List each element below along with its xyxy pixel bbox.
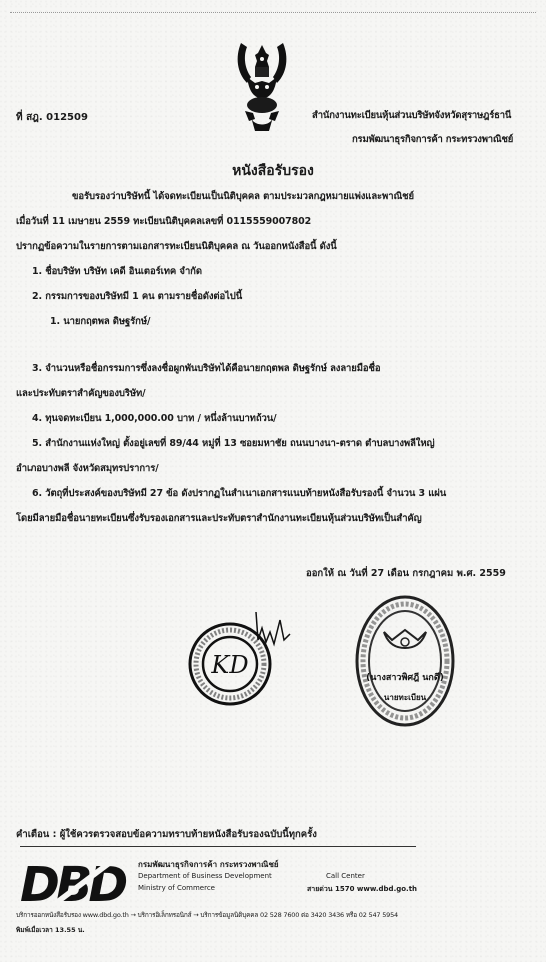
- document-title: หนังสือรับรอง: [0, 160, 546, 182]
- item-company-name: 1. ชื่อบริษัท บริษัท เคดี อินเตอร์เทค จำ…: [32, 264, 202, 279]
- warning-note: คำเตือน : ผู้ใช้ควรตรวจสอบข้อความทราบท้า…: [16, 827, 317, 842]
- certificate-page: ที่ สฎ. 012509 สำนักงานทะเบียนหุ้นส่วนบร…: [0, 0, 546, 962]
- dept-name-thai: กรมพัฒนาธุรกิจการค้า กระทรวงพาณิชย์: [138, 858, 279, 871]
- issuing-ministry: กรมพัฒนาธุรกิจการค้า กระทรวงพาณิชย์: [352, 132, 513, 147]
- intro-line: ขอรับรองว่าบริษัทนี้ ได้จดทะเบียนเป็นนิต…: [72, 189, 414, 204]
- item-head-office-cont: อำเภอบางพลี จังหวัดสมุทรปราการ/: [16, 461, 159, 476]
- service-info: บริการออกหนังสือรับรอง www.dbd.go.th → บ…: [16, 910, 398, 920]
- garuda-emblem-icon: [233, 37, 291, 135]
- dept-name-english: Department of Business Development: [138, 872, 272, 880]
- footer-divider: [20, 846, 416, 847]
- intro-line: ปรากฏข้อความในรายการตามเอกสารทะเบียนนิติ…: [16, 239, 337, 254]
- signature: [250, 610, 300, 650]
- document-number: ที่ สฎ. 012509: [16, 110, 88, 125]
- svg-text:(นางสาวพิศฎี นกดี): (นางสาวพิศฎี นกดี): [366, 672, 444, 683]
- item-director-1: 1. นายกฤตพล ดิษฐรักษ์/: [50, 314, 150, 329]
- ministry-name-english: Ministry of Commerce: [138, 884, 215, 892]
- issuing-office: สำนักงานทะเบียนหุ้นส่วนบริษัทจังหวัดสุรา…: [312, 108, 511, 123]
- printed-time: พิมพ์เมื่อเวลา 13.55 น.: [16, 925, 85, 935]
- call-center-label: Call Center: [326, 872, 365, 880]
- item-registered-capital: 4. ทุนจดทะเบียน 1,000,000.00 บาท / หนึ่ง…: [32, 411, 277, 426]
- intro-line: เมื่อวันที่ 11 เมษายน 2559 ทะเบียนนิติบุ…: [16, 214, 311, 229]
- item-authorized-signatory-cont: และประทับตราสำคัญของบริษัท/: [16, 386, 146, 401]
- svg-text:นายทะเบียน: นายทะเบียน: [384, 692, 427, 702]
- svg-text:KD: KD: [210, 651, 248, 679]
- call-center-hotline: สายด่วน 1570 www.dbd.go.th: [307, 884, 417, 895]
- item-objectives: 6. วัตถุที่ประสงค์ของบริษัทมี 27 ข้อ ดัง…: [32, 486, 446, 501]
- item-objectives-cont: โดยมีลายมือชื่อนายทะเบียนซึ่งรับรองเอกสา…: [16, 511, 422, 526]
- top-divider: [10, 12, 536, 13]
- registrar-seal-icon: (นางสาวพิศฎี นกดี) นายทะเบียน: [354, 592, 456, 730]
- issue-date: ออกให้ ณ วันที่ 27 เดือน กรกฎาคม พ.ศ. 25…: [306, 566, 506, 581]
- item-head-office: 5. สำนักงานแห่งใหญ่ ตั้งอยู่เลขที่ 89/44…: [32, 436, 435, 451]
- dbd-logo-icon: DBD: [18, 855, 132, 907]
- item-authorized-signatory: 3. จำนวนหรือชื่อกรรมการซึ่งลงชื่อผูกพันบ…: [32, 361, 380, 376]
- item-directors: 2. กรรมการของบริษัทมี 1 คน ตามรายชื่อดัง…: [32, 289, 242, 304]
